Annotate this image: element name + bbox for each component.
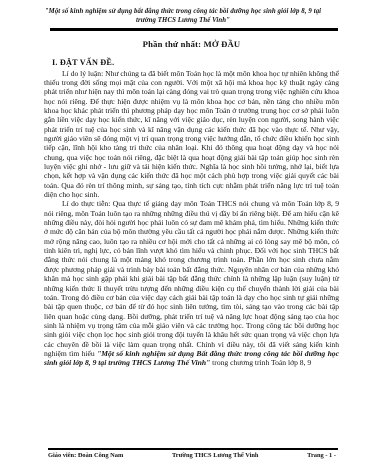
paragraph-reason-practice: Lí do thực tiễn: Qua thực tế giảng dạy m…	[44, 199, 339, 367]
section-heading: I. ĐẶT VẤN ĐỀ.	[52, 58, 339, 67]
page-footer: Giáo viên: Đoàn Công Nam Trường THCS Lươ…	[0, 448, 366, 459]
paragraph-2-text: Lí do thực tiễn: Qua thực tế giảng dạy m…	[44, 199, 339, 358]
footer-teacher: Giáo viên: Đoàn Công Nam	[48, 452, 123, 459]
paragraph-1-text: Lí do lý luận: Như chúng ta đã biết môn …	[44, 69, 339, 199]
paragraph-reason-theory: Lí do lý luận: Như chúng ta đã biết môn …	[44, 69, 339, 200]
paragraph-2-tail: trong chương trình Toán lớp 8, 9	[210, 358, 311, 367]
document-body: Phần thứ nhất: MỞ ĐẦU I. ĐẶT VẤN ĐỀ. Lí …	[0, 31, 366, 368]
document-page: "Một số kinh nghiệm sử dụng bất đẳng thứ…	[0, 0, 366, 473]
footer-page-number: Trang - 1 -	[307, 452, 336, 459]
running-title: "Một số kinh nghiệm sử dụng bất đẳng thứ…	[37, 7, 329, 25]
footer-row: Giáo viên: Đoàn Công Nam Trường THCS Lươ…	[48, 452, 336, 459]
part-heading: Phần thứ nhất: MỞ ĐẦU	[44, 39, 339, 49]
page-header: "Một số kinh nghiệm sử dụng bất đẳng thứ…	[0, 0, 366, 31]
footer-rule	[48, 448, 338, 450]
footer-school: Trường THCS Lương Thế Vinh	[172, 452, 259, 459]
